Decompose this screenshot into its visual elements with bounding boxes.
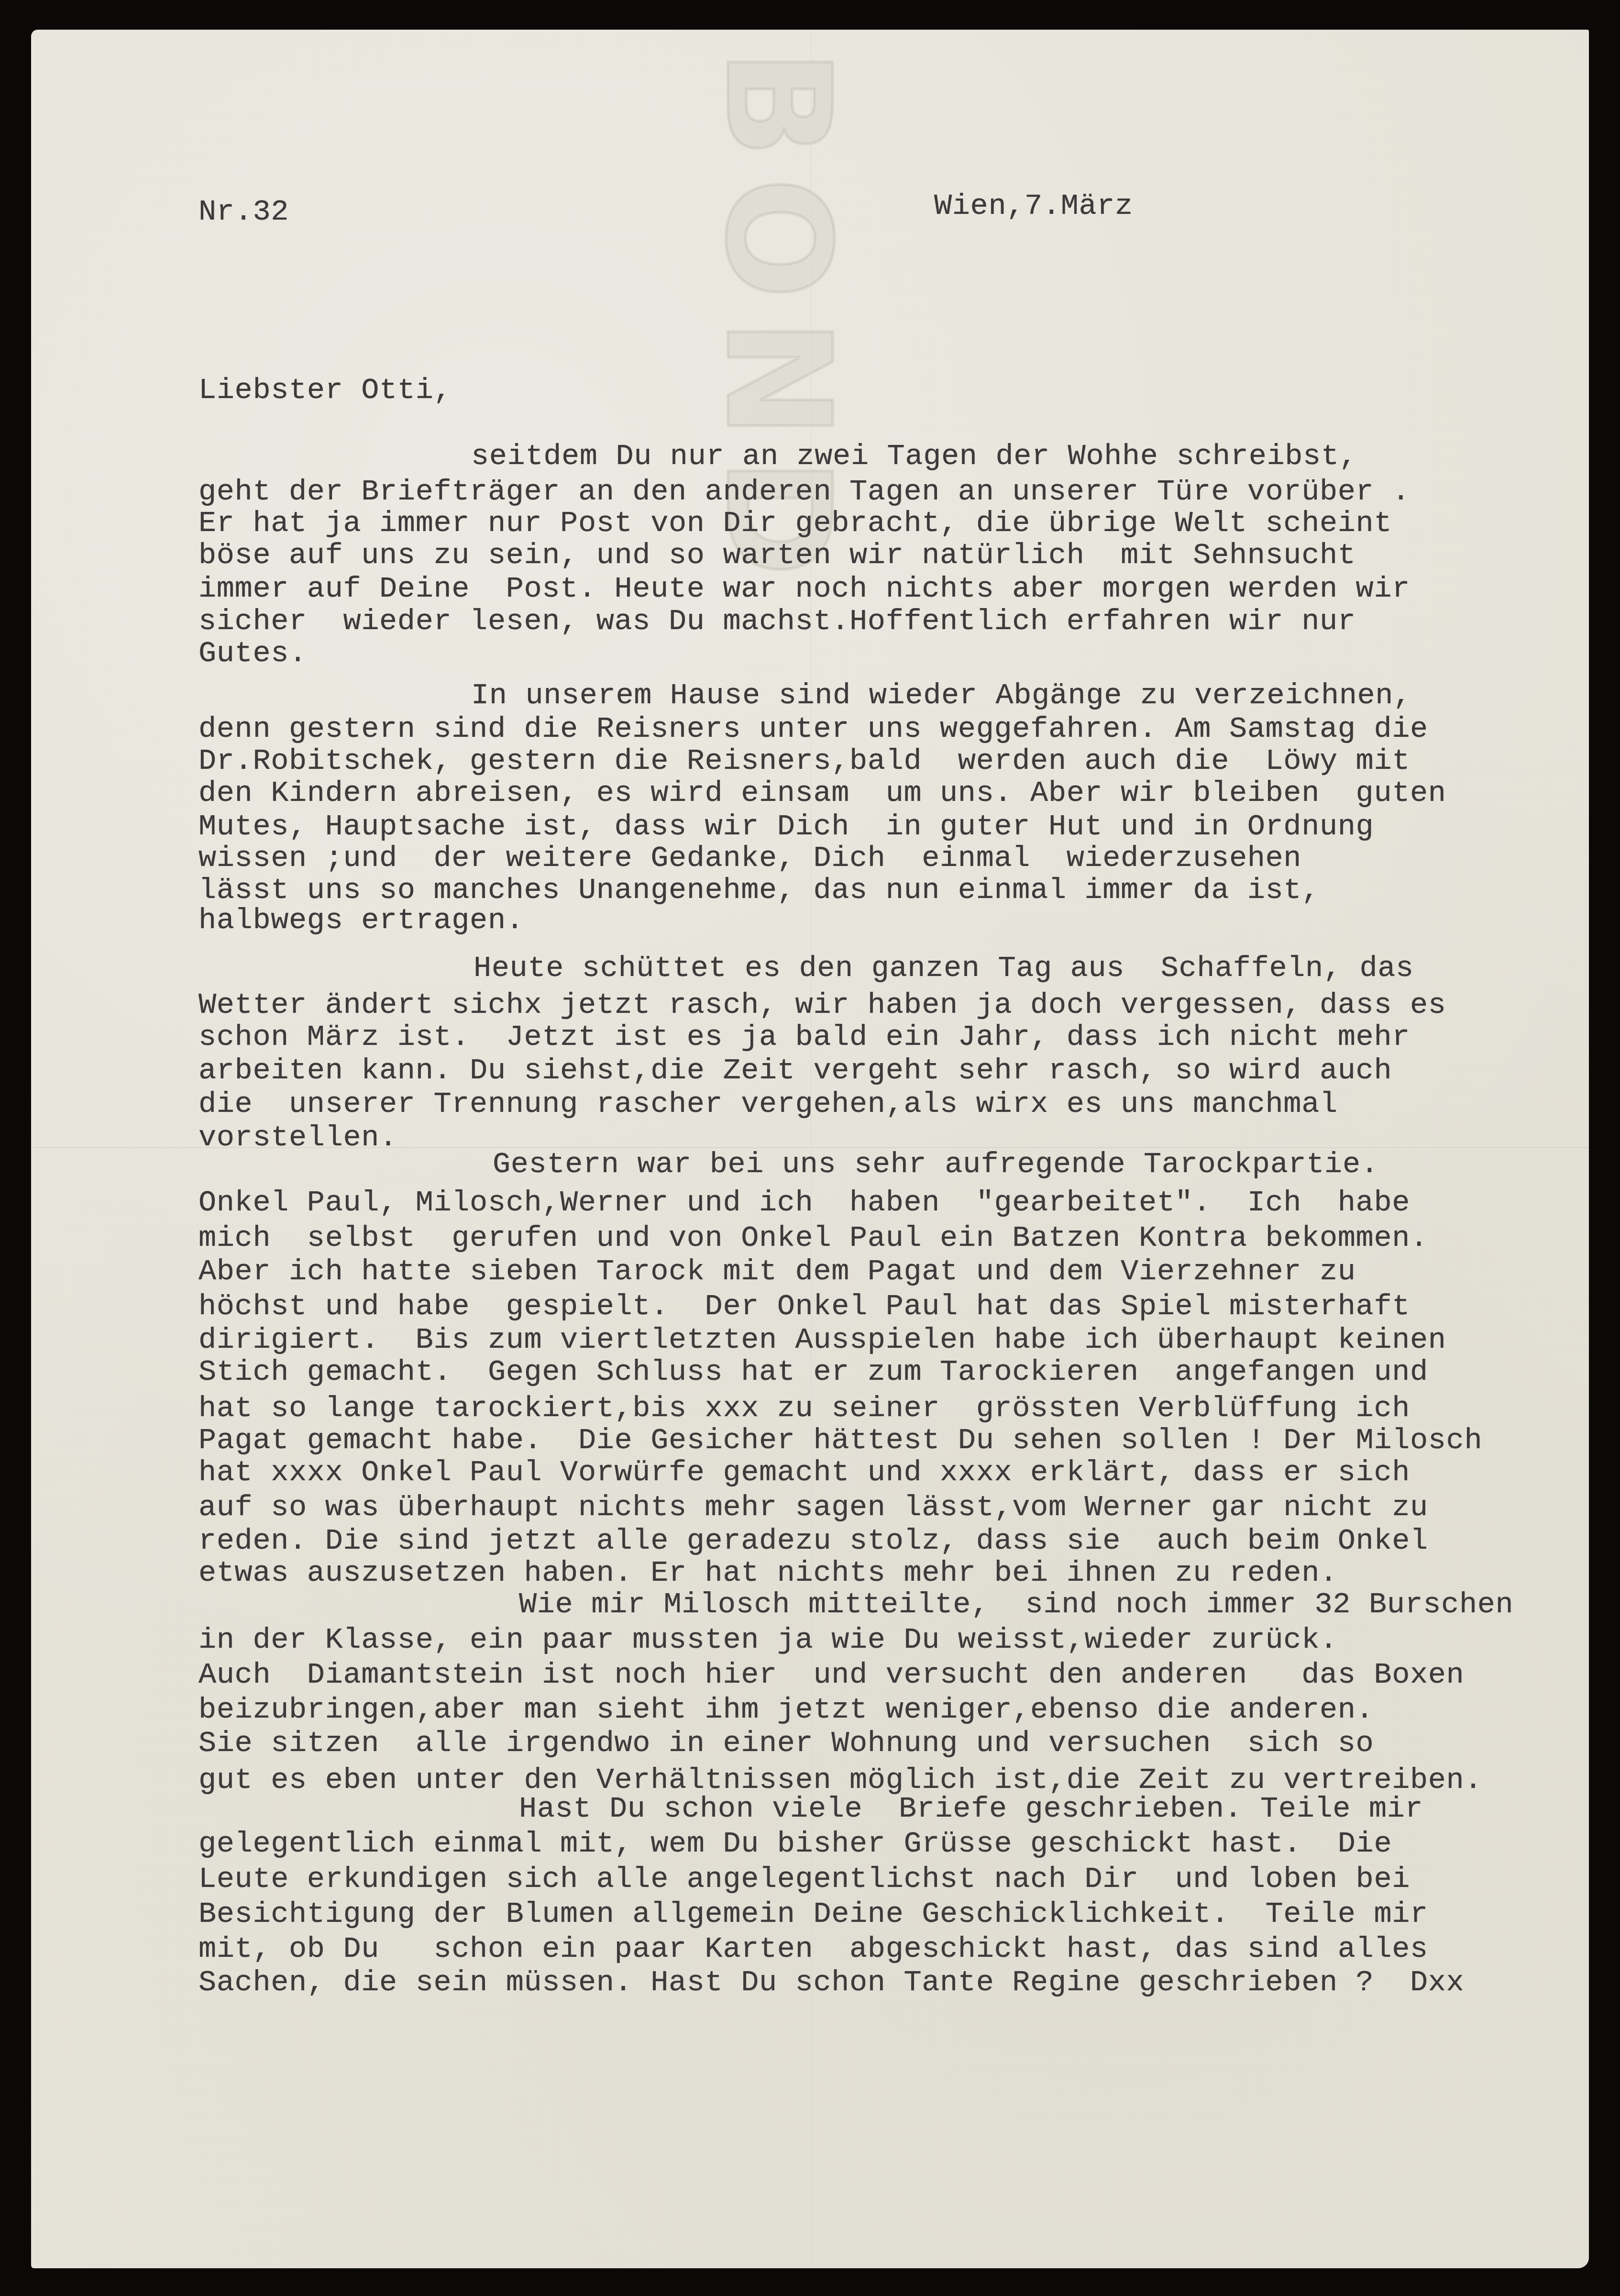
text-line: den Kindern abreisen, es wird einsam um … (198, 778, 1446, 808)
place-date: Wien,7.März (934, 191, 1133, 221)
text-line: wissen ;und der weitere Gedanke, Dich ei… (198, 843, 1301, 873)
text-line: auf so was überhaupt nichts mehr sagen l… (198, 1493, 1428, 1522)
text-line: denn gestern sind die Reisners unter uns… (198, 714, 1428, 744)
text-line: In unserem Hause sind wieder Abgänge zu … (471, 681, 1411, 710)
text-line: dirigiert. Bis zum viertletzten Ausspiel… (198, 1325, 1446, 1355)
salutation: Liebster Otti, (198, 376, 452, 405)
letter-number: Nr.32 (198, 197, 289, 227)
text-line: Onkel Paul, Milosch,Werner und ich haben… (198, 1188, 1410, 1218)
text-line: Gestern war bei uns sehr aufregende Taro… (493, 1150, 1379, 1179)
text-line: Pagat gemacht habe. Die Gesicher hättest… (198, 1426, 1482, 1455)
text-line: Dr.Robitschek, gestern die Reisners,bald… (198, 746, 1410, 776)
text-line: beizubringen,aber man sieht ihm jetzt we… (198, 1695, 1374, 1725)
text-line: vorstellen. (198, 1123, 397, 1153)
text-line: mit, ob Du schon ein paar Karten abgesch… (198, 1934, 1428, 1964)
text-line: Hast Du schon viele Briefe geschrieben. … (519, 1794, 1423, 1824)
text-line: lässt uns so manches Unangenehme, das nu… (198, 876, 1320, 905)
text-line: in der Klasse, ein paar mussten ja wie D… (198, 1625, 1338, 1655)
text-line: reden. Die sind jetzt alle geradezu stol… (198, 1526, 1428, 1556)
text-line: Wetter ändert sichx jetzt rasch, wir hab… (198, 990, 1446, 1020)
text-line: Wie mir Milosch mitteilte, sind noch imm… (519, 1590, 1513, 1619)
text-line: hat so lange tarockiert,bis xxx zu seine… (198, 1394, 1410, 1423)
text-line: die unserer Trennung rascher vergehen,al… (198, 1089, 1338, 1119)
text-line: Sachen, die sein müssen. Hast Du schon T… (198, 1968, 1464, 1997)
text-line: Auch Diamantstein ist noch hier und vers… (198, 1660, 1464, 1690)
text-line: mich selbst gerufen und von Onkel Paul e… (198, 1223, 1428, 1253)
text-line: Heute schüttet es den ganzen Tag aus Sch… (474, 954, 1414, 983)
text-line: geht der Briefträger an den anderen Tage… (198, 477, 1410, 507)
text-line: Er hat ja immer nur Post von Dir gebrach… (198, 509, 1392, 538)
text-line: schon März ist. Jetzt ist es ja bald ein… (198, 1022, 1410, 1052)
text-line: Mutes, Hauptsache ist, dass wir Dich in … (198, 812, 1374, 842)
text-line: Sie sitzen alle irgendwo in einer Wohnun… (198, 1729, 1374, 1758)
text-line: arbeiten kann. Du siehst,die Zeit vergeh… (198, 1056, 1392, 1086)
text-line: gelegentlich einmal mit, wem Du bisher G… (198, 1829, 1392, 1859)
text-line: höchst und habe gespielt. Der Onkel Paul… (198, 1292, 1410, 1321)
text-line: böse auf uns zu sein, und so warten wir … (198, 541, 1356, 570)
text-line: halbwegs ertragen. (198, 906, 524, 935)
text-line: sicher wieder lesen, was Du machst.Hoffe… (198, 607, 1356, 636)
text-line: hat xxxx Onkel Paul Vorwürfe gemacht und… (198, 1458, 1410, 1487)
text-line: seitdem Du nur an zwei Tagen der Wohhe s… (471, 442, 1357, 471)
text-line: Stich gemacht. Gegen Schluss hat er zum … (198, 1357, 1428, 1387)
text-line: Aber ich hatte sieben Tarock mit dem Pag… (198, 1257, 1356, 1287)
text-line: immer auf Deine Post. Heute war noch nic… (198, 574, 1410, 604)
text-line: Leute erkundigen sich alle angelegentlic… (198, 1864, 1410, 1894)
text-line: Besichtigung der Blumen allgemein Deine … (198, 1899, 1428, 1929)
text-line: gut es eben unter den Verhältnissen mögl… (198, 1765, 1482, 1795)
text-line: Gutes. (198, 639, 307, 668)
text-line: etwas auszusetzen haben. Er hat nichts m… (198, 1558, 1338, 1588)
